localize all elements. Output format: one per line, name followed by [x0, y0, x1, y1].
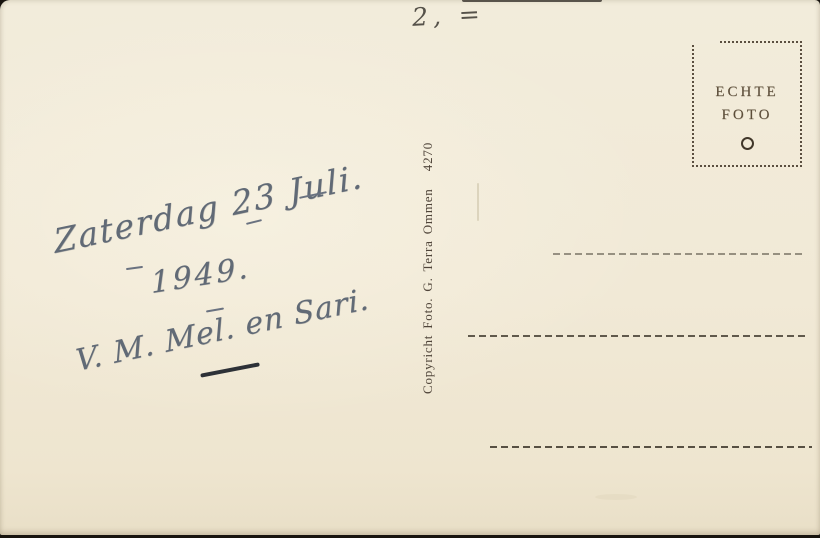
ink-flourish-dash	[126, 266, 143, 270]
copyright-strip: Copyricht Foto. G. Terra Ommen 4270	[418, 142, 438, 394]
stamp-box-circle-icon	[741, 137, 754, 150]
stamp-box-label-line2: FOTO	[694, 104, 800, 127]
address-line	[490, 446, 812, 448]
stamp-box: ECHTE FOTO	[692, 41, 802, 167]
signature-underline-stroke	[200, 362, 260, 377]
paper-blemish	[477, 183, 479, 221]
copyright-text: Copyricht Foto. G. Terra Ommen	[420, 188, 436, 394]
handwriting-year-line: 1949.	[150, 250, 251, 301]
paper-blemish	[595, 494, 637, 500]
address-line	[468, 335, 808, 337]
negative-number: 4270	[420, 142, 436, 171]
handwriting-date-line: Zaterdag 23 Juli.	[52, 156, 365, 261]
stamp-box-label-line1: ECHTE	[694, 81, 800, 104]
stamp-box-faded-border	[692, 40, 720, 44]
postcard-back: 2, = Zaterdag 23 Juli. 1949. V. M. Mel. …	[0, 0, 820, 535]
pencil-price-note: 2, =	[411, 0, 485, 32]
address-line	[553, 253, 803, 255]
handwriting-signature-line: V. M. Mel. en Sari.	[74, 282, 371, 379]
